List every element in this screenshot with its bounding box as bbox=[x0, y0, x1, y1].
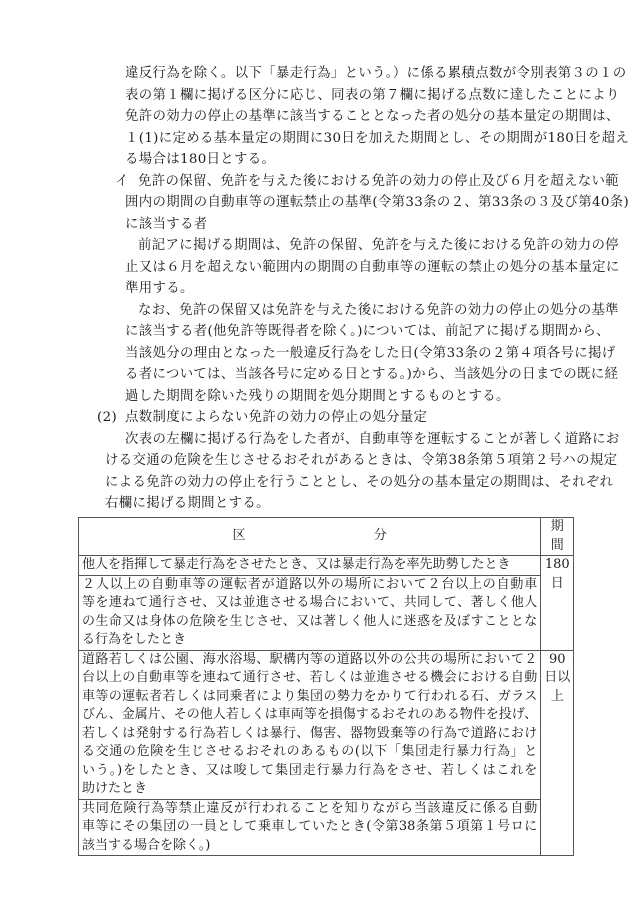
header-period: 期 間 bbox=[541, 518, 574, 556]
cell-line: 若しくは発射する行為若しくは暴行、傷害、器物毀棄等の行為で道路におけ bbox=[82, 725, 537, 744]
text-line: に該当する者(他免許等既得者を除く。)については、前記アに掲げる期間から、 bbox=[125, 322, 553, 342]
text-line: る場合は180日とする。 bbox=[125, 150, 275, 170]
cell-line: 台以上の自動車等を連ねて通行させ、若しくは並進させる機会における自動 bbox=[82, 669, 537, 688]
item-marker: イ bbox=[115, 172, 129, 192]
cell-line: 道路若しくは公園、海水浴場、駅構内等の道路以外の公共の場所において２ bbox=[82, 651, 537, 670]
penalty-table: 区 分 期 間 他人を指揮して暴走行為をさせたとき、又は暴走行為を率先助勢したと… bbox=[78, 517, 574, 856]
header-category-char: 区 bbox=[232, 527, 245, 546]
table-row: 道路若しくは公園、海水浴場、駅構内等の道路以外の公共の場所において２ 台以上の自… bbox=[79, 650, 574, 799]
item-heading-line: 囲内の期間の自動車等の運転禁止の基準(令第33条の２、第33条の３及び第40条) bbox=[125, 193, 553, 213]
row-description: 共同危険行為等禁止違反が行われることを知りながら当該違反に係る自動 車等にその集… bbox=[79, 799, 541, 856]
cell-line: 助けたとき bbox=[82, 780, 537, 799]
row-period: 180日 bbox=[541, 556, 574, 651]
text-line: による免許の効力の停止を行うこととし、その処分の基本量定の期間は、それぞれ bbox=[105, 473, 553, 493]
cell-line: 該当する場合を除く。) bbox=[82, 837, 537, 856]
text-line: ける交通の危険を生じさせるおそれがあるときは、令第38条第５項第２号ハの規定 bbox=[105, 451, 553, 471]
text-line: 準用する。 bbox=[125, 279, 194, 299]
header-category-char: 分 bbox=[374, 527, 387, 546]
text-line: 当該処分の理由となった一般違反行為をした日(令第33条の２第４項各号に掲げ bbox=[125, 344, 553, 364]
row-description: 他人を指揮して暴走行為をさせたとき、又は暴走行為を率先助勢したとき bbox=[79, 556, 541, 576]
text-line: 違反行為を除く。以下「暴走行為」という。）に係る累積点数が令別表第３の１の bbox=[125, 64, 553, 84]
text-line: る者については、当該各号に定める日とする。)から、当該処分の日までの既に経 bbox=[125, 365, 553, 385]
section-marker: (2) bbox=[97, 408, 117, 428]
cell-line: ２人以上の自動車等の運転者が道路以外の場所において２台以上の自動車 bbox=[82, 576, 537, 595]
text-line: 右欄に掲げる期間とする。 bbox=[105, 494, 270, 514]
text-line: 表の第１欄に掲げる区分に応じ、同表の第７欄に掲げる点数に達したことにより bbox=[125, 86, 553, 106]
cell-line: る行為をしたとき bbox=[82, 631, 537, 650]
item-heading-line: に該当する者 bbox=[125, 215, 207, 235]
text-line: 前記アに掲げる期間は、免許の保留、免許を与えた後における免許の効力の停 bbox=[138, 236, 553, 256]
table-row: ２人以上の自動車等の運転者が道路以外の場所において２台以上の自動車 等を連ねて通… bbox=[79, 575, 574, 650]
row-period: 90日以上 bbox=[541, 650, 574, 856]
table-row: 共同危険行為等禁止違反が行われることを知りながら当該違反に係る自動 車等にその集… bbox=[79, 799, 574, 856]
table-row: 他人を指揮して暴走行為をさせたとき、又は暴走行為を率先助勢したとき 180日 bbox=[79, 556, 574, 576]
row-description: 道路若しくは公園、海水浴場、駅構内等の道路以外の公共の場所において２ 台以上の自… bbox=[79, 650, 541, 799]
cell-line: 車等にその集団の一員として乗車していたとき(令第38条第５項第１号ロに bbox=[82, 818, 537, 837]
text-line: 次表の左欄に掲げる行為をした者が、自動車等を運転することが著しく道路にお bbox=[125, 430, 553, 450]
cell-line: びん、金属片、その他人若しくは車両等を損傷するおそれのある物件を投げ、 bbox=[82, 706, 537, 725]
table-header-row: 区 分 期 間 bbox=[79, 518, 574, 556]
cell-line: 他人を指揮して暴走行為をさせたとき、又は暴走行為を率先助勢したとき bbox=[82, 556, 537, 575]
text-line: １(1)に定める基本量定の期間に30日を加えた期間とし、その期間が180日を超え bbox=[125, 129, 553, 149]
row-description: ２人以上の自動車等の運転者が道路以外の場所において２台以上の自動車 等を連ねて通… bbox=[79, 575, 541, 650]
section-heading: 点数制度によらない免許の効力の停止の処分量定 bbox=[125, 408, 427, 428]
cell-line: 車等の運転者若しくは同乗者により集団の勢力をかりて行われる石、ガラス bbox=[82, 688, 537, 707]
item-heading-line: 免許の保留、免許を与えた後における免許の効力の停止及び６月を超えない範 bbox=[138, 172, 553, 192]
text-line: 免許の効力の停止の基準に該当することとなった者の処分の基本量定の期間は、 bbox=[125, 107, 553, 127]
text-line: なお、免許の保留又は免許を与えた後における免許の効力の停止の処分の基準 bbox=[138, 301, 553, 321]
cell-line: 共同危険行為等禁止違反が行われることを知りながら当該違反に係る自動 bbox=[82, 800, 537, 819]
text-line: 過した期間を除いた残りの期間を処分期間とするものとする。 bbox=[125, 387, 510, 407]
cell-line: 等を連ねて通行させ、又は並進させる場合において、共同して、著しく他人 bbox=[82, 594, 537, 613]
header-category: 区 分 bbox=[79, 518, 541, 556]
cell-line: いう。)をしたとき、又は唆して集団走行暴力行為をさせ、若しくはこれを bbox=[82, 762, 537, 781]
text-line: 止又は６月を超えない範囲内の期間の自動車等の運転の禁止の処分の基本量定に bbox=[125, 258, 553, 278]
cell-line: る交通の危険を生じさせるおそれのあるもの(以下「集団走行暴力行為」と bbox=[82, 743, 537, 762]
cell-line: の生命又は身体の危険を生じさせ、又は著しく他人に迷惑を及ぼすこととな bbox=[82, 613, 537, 632]
